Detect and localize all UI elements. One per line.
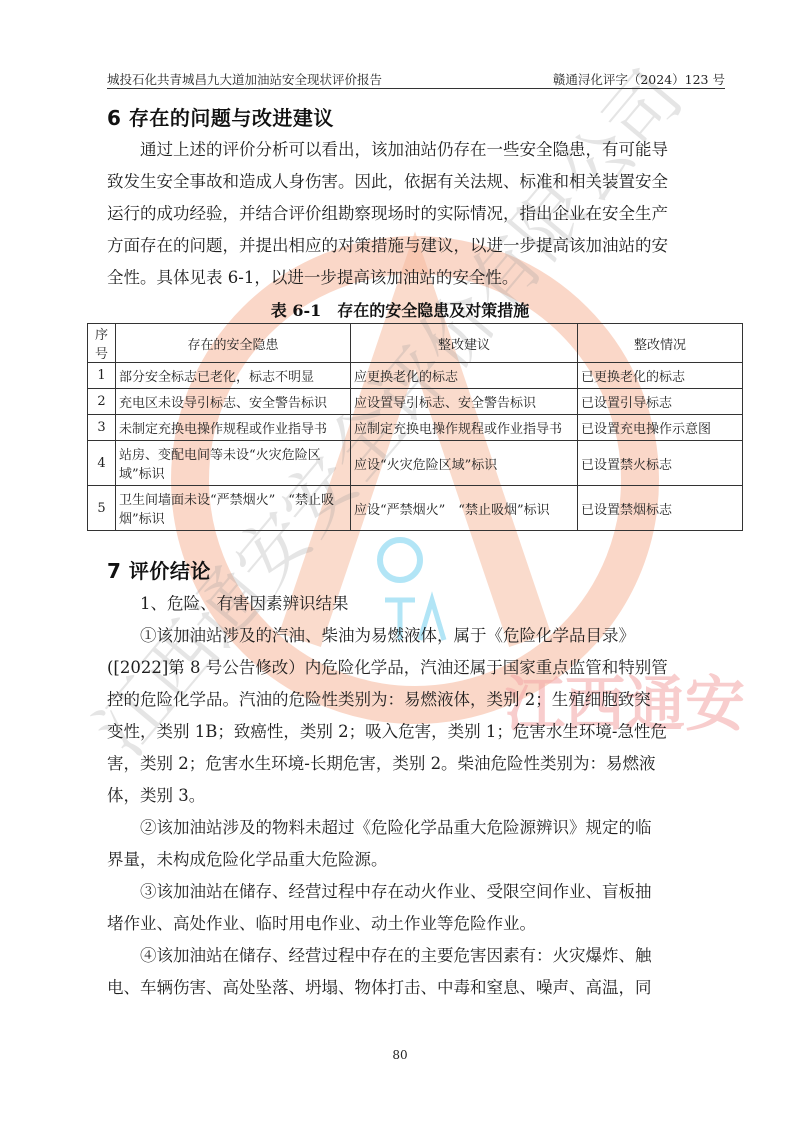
hazard-cell: 未制定充换电操作规程或作业指导书 [116,415,351,441]
suggestion-cell: 应设“火灾危险区域”标识 [351,441,578,486]
section-6-heading: 6 存在的问题与改进建议 [107,102,334,131]
row-number: 4 [88,441,116,486]
text-line: 致发生安全事故和造成人身伤害。因此，依据有关法规、标准和相关装置安全 [107,166,725,198]
hazard-cell: 部分安全标志已老化，标志不明显 [116,363,351,389]
table-row: 5 卫生间墙面未设“严禁烟火” “禁止吸烟”标识 应设“严禁烟火” “禁止吸烟”… [88,486,743,531]
table-row: 3 未制定充换电操作规程或作业指导书 应制定充换电操作规程或作业指导书 已设置充… [88,415,743,441]
hazard-table: 序号 存在的安全隐患 整改建议 整改情况 1 部分安全标志已老化，标志不明显 应… [87,323,743,531]
running-header: 城投石化共青城昌九大道加油站安全现状评价报告 赣通浔化评字（2024）123 号 [107,68,725,89]
section-7-body: 1、危险、有害因素辨识结果 ①该加油站涉及的汽油、柴油为易燃液体，属于《危险化学… [107,588,725,1004]
text-line: 控的危险化学品。汽油的危险性类别为：易燃液体，类别 2；生殖细胞致突 [107,684,725,716]
column-header: 序号 [88,324,116,363]
text-line: 界量，未构成危险化学品重大危险源。 [107,844,725,876]
section-6-paragraph: 通过上述的评价分析可以看出，该加油站仍存在一些安全隐患，有可能导 致发生安全事故… [107,134,725,294]
text-line: 害，类别 2；危害水生环境-长期危害，类别 2。柴油危险性类别为：易燃液 [107,748,725,780]
row-number: 2 [88,389,116,415]
status-cell: 已更换老化的标志 [578,363,743,389]
text-line: 方面存在的问题，并提出相应的对策措施与建议，以进一步提高该加油站的安 [107,230,725,262]
status-cell: 已设置禁火标志 [578,441,743,486]
text-line: 电、车辆伤害、高处坠落、坍塌、物体打击、中毒和窒息、噪声、高温，同 [107,972,725,1004]
text-line: 全性。具体见表 6-1，以进一步提高该加油站的安全性。 [107,262,725,294]
hazard-cell: 卫生间墙面未设“严禁烟火” “禁止吸烟”标识 [116,486,351,531]
report-number: 赣通浔化评字（2024）123 号 [553,70,725,88]
text-line: ①该加油站涉及的汽油、柴油为易燃液体，属于《危险化学品目录》 [107,620,725,652]
suggestion-cell: 应设置导引标志、安全警告标识 [351,389,578,415]
report-title: 城投石化共青城昌九大道加油站安全现状评价报告 [107,70,382,88]
text-line: 堵作业、高处作业、临时用电作业、动土作业等危险作业。 [107,908,725,940]
text-line: ③该加油站在储存、经营过程中存在动火作业、受限空间作业、盲板抽 [107,876,725,908]
status-cell: 已设置引导标志 [578,389,743,415]
text-line: ②该加油站涉及的物料未超过《危险化学品重大危险源辨识》规定的临 [107,812,725,844]
status-cell: 已设置充电操作示意图 [578,415,743,441]
page-number: 80 [0,1048,800,1062]
table-header-row: 序号 存在的安全隐患 整改建议 整改情况 [88,324,743,363]
text-line: 变性，类别 1B；致癌性，类别 2；吸入危害，类别 1；危害水生环境-急性危 [107,716,725,748]
column-header: 整改建议 [351,324,578,363]
suggestion-cell: 应更换老化的标志 [351,363,578,389]
section-7-heading: 7 评价结论 [107,555,211,584]
column-header: 存在的安全隐患 [116,324,351,363]
text-line: 体，类别 3。 [107,780,725,812]
row-number: 1 [88,363,116,389]
text-line: ([2022]第 8 号公告修改）内危险化学品，汽油还属于国家重点监管和特别管 [107,652,725,684]
subheading: 1、危险、有害因素辨识结果 [107,588,725,620]
row-number: 5 [88,486,116,531]
text-line: 通过上述的评价分析可以看出，该加油站仍存在一些安全隐患，有可能导 [107,134,725,166]
suggestion-cell: 应设“严禁烟火” “禁止吸烟”标识 [351,486,578,531]
table-row: 2 充电区未设导引标志、安全警告标识 应设置导引标志、安全警告标识 已设置引导标… [88,389,743,415]
hazard-cell: 站房、变配电间等未设“火灾危险区域”标识 [116,441,351,486]
text-line: 运行的成功经验，并结合评价组勘察现场时的实际情况，指出企业在安全生产 [107,198,725,230]
table-row: 1 部分安全标志已老化，标志不明显 应更换老化的标志 已更换老化的标志 [88,363,743,389]
document-page: 江西通安 江西通安安全评价有限公司 城投石化共青城昌九大道加油站安全现状评价报告… [0,0,800,1131]
table-row: 4 站房、变配电间等未设“火灾危险区域”标识 应设“火灾危险区域”标识 已设置禁… [88,441,743,486]
text-line: ④该加油站在储存、经营过程中存在的主要危害因素有：火灾爆炸、触 [107,940,725,972]
row-number: 3 [88,415,116,441]
suggestion-cell: 应制定充换电操作规程或作业指导书 [351,415,578,441]
hazard-cell: 充电区未设导引标志、安全警告标识 [116,389,351,415]
status-cell: 已设置禁烟标志 [578,486,743,531]
column-header: 整改情况 [578,324,743,363]
table-caption: 表 6-1 存在的安全隐患及对策措施 [0,298,800,321]
